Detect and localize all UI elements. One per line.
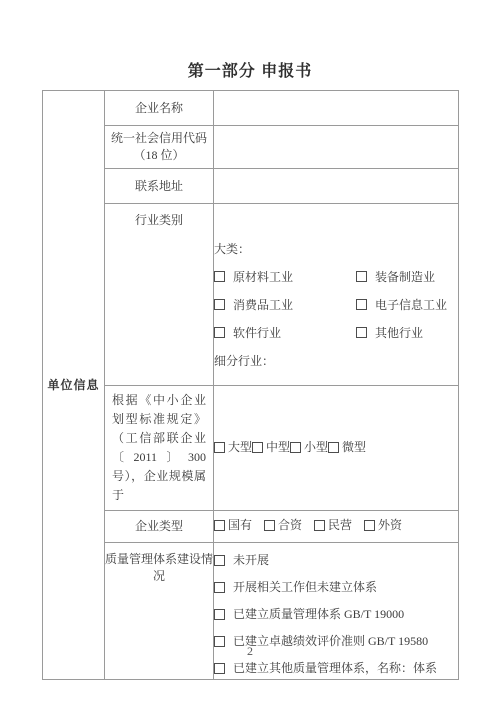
company-type-label: 企业类型: [105, 511, 214, 543]
section-label: 单位信息: [47, 378, 99, 392]
credit-code-label: 统一社会信用代码（18 位）: [105, 126, 214, 169]
checkbox-option-private[interactable]: 民营: [314, 517, 352, 534]
document-page: 第一部分 申报书 单位信息 企业名称 统一社会信用代码（18 位） 联系地址 行…: [0, 0, 500, 707]
checkbox-label: 未开展: [233, 551, 269, 569]
checkbox-option-small[interactable]: 小型: [290, 439, 328, 456]
company-name-field[interactable]: [214, 91, 459, 126]
checkbox-icon[interactable]: [214, 442, 225, 453]
checkbox-icon[interactable]: [356, 271, 367, 282]
checkbox-option-state-owned[interactable]: 国有: [214, 517, 252, 534]
checkbox-icon[interactable]: [214, 327, 225, 338]
checkbox-option-electronics-info[interactable]: 电子信息工业: [356, 296, 458, 314]
industry-major-label: 大类：: [214, 240, 458, 258]
checkbox-label: 微型: [342, 439, 366, 456]
checkbox-icon[interactable]: [264, 520, 275, 531]
checkbox-icon[interactable]: [214, 299, 225, 310]
checkbox-label: 小型: [304, 439, 328, 456]
checkbox-icon[interactable]: [214, 520, 225, 531]
checkbox-icon[interactable]: [356, 327, 367, 338]
checkbox-option-large[interactable]: 大型: [214, 439, 252, 456]
checkbox-option-raw-materials[interactable]: 原材料工业: [214, 268, 356, 286]
checkbox-option-other-industry[interactable]: 其他行业: [356, 324, 458, 342]
row-credit-code: 统一社会信用代码（18 位）: [43, 126, 459, 169]
industry-sub-label: 细分行业：: [214, 352, 458, 370]
checkbox-option-medium[interactable]: 中型: [252, 439, 290, 456]
application-form-table: 单位信息 企业名称 统一社会信用代码（18 位） 联系地址 行业类别 大类： 原…: [42, 90, 459, 680]
checkbox-label: 合资: [278, 517, 302, 534]
checkbox-icon[interactable]: [214, 582, 225, 593]
company-type-field: 国有 合资 民营 外资: [214, 511, 459, 543]
checkbox-icon[interactable]: [214, 663, 225, 674]
row-company-name: 单位信息 企业名称: [43, 91, 459, 126]
address-label: 联系地址: [105, 169, 214, 204]
company-name-label: 企业名称: [105, 91, 214, 126]
checkbox-label: 民营: [328, 517, 352, 534]
page-title: 第一部分 申报书: [0, 58, 500, 81]
checkbox-label: 开展相关工作但未建立体系: [233, 578, 377, 596]
checkbox-icon[interactable]: [314, 520, 325, 531]
row-address: 联系地址: [43, 169, 459, 204]
checkbox-icon[interactable]: [252, 442, 263, 453]
checkbox-label: 装备制造业: [375, 268, 435, 286]
address-field[interactable]: [214, 169, 459, 204]
checkbox-label: 外资: [378, 517, 402, 534]
checkbox-icon[interactable]: [328, 442, 339, 453]
checkbox-icon[interactable]: [214, 555, 225, 566]
credit-code-field[interactable]: [214, 126, 459, 169]
checkbox-option-work-no-system[interactable]: 开展相关工作但未建立体系: [214, 578, 458, 596]
checkbox-label: 大型: [228, 439, 252, 456]
checkbox-label: 电子信息工业: [375, 296, 447, 314]
industry-field: 大类： 原材料工业 装备制造业 消费品工业 电子信息工业 软件行业 其他行业 细…: [214, 204, 459, 386]
checkbox-label: 消费品工业: [233, 296, 293, 314]
checkbox-option-not-started[interactable]: 未开展: [214, 551, 458, 569]
checkbox-icon[interactable]: [356, 299, 367, 310]
section-label-cell: 单位信息: [43, 91, 105, 680]
checkbox-icon[interactable]: [364, 520, 375, 531]
row-company-type: 企业类型 国有 合资 民营 外资: [43, 511, 459, 543]
checkbox-label: 已建立质量管理体系 GB/T 19000: [233, 605, 404, 623]
checkbox-option-micro[interactable]: 微型: [328, 439, 366, 456]
checkbox-icon[interactable]: [290, 442, 301, 453]
checkbox-label: 其他行业: [375, 324, 423, 342]
checkbox-option-foreign-funded[interactable]: 外资: [364, 517, 402, 534]
enterprise-scale-label: 根据《中小企业划型标准规定》（工信部联企业〔2011〕300 号），企业规模属于: [105, 386, 214, 511]
checkbox-option-consumer-goods[interactable]: 消费品工业: [214, 296, 356, 314]
checkbox-label: 已建立其他质量管理体系，名称：体系: [233, 659, 437, 677]
checkbox-option-joint-venture[interactable]: 合资: [264, 517, 302, 534]
industry-label: 行业类别: [105, 204, 214, 386]
row-enterprise-scale: 根据《中小企业划型标准规定》（工信部联企业〔2011〕300 号），企业规模属于…: [43, 386, 459, 511]
checkbox-option-equipment-mfg[interactable]: 装备制造业: [356, 268, 458, 286]
enterprise-scale-field: 大型中型小型微型: [214, 386, 459, 511]
checkbox-label: 软件行业: [233, 324, 281, 342]
checkbox-icon[interactable]: [214, 609, 225, 620]
checkbox-option-software[interactable]: 软件行业: [214, 324, 356, 342]
checkbox-label: 中型: [266, 439, 290, 456]
checkbox-option-gbt19000[interactable]: 已建立质量管理体系 GB/T 19000: [214, 605, 458, 623]
checkbox-label: 国有: [228, 517, 252, 534]
row-industry: 行业类别 大类： 原材料工业 装备制造业 消费品工业 电子信息工业 软件行业 其…: [43, 204, 459, 386]
page-number: 2: [0, 644, 500, 659]
checkbox-icon[interactable]: [214, 271, 225, 282]
checkbox-label: 原材料工业: [233, 268, 293, 286]
checkbox-option-other-qms[interactable]: 已建立其他质量管理体系，名称：体系: [214, 659, 458, 677]
industry-options: 原材料工业 装备制造业 消费品工业 电子信息工业 软件行业 其他行业: [214, 268, 458, 342]
